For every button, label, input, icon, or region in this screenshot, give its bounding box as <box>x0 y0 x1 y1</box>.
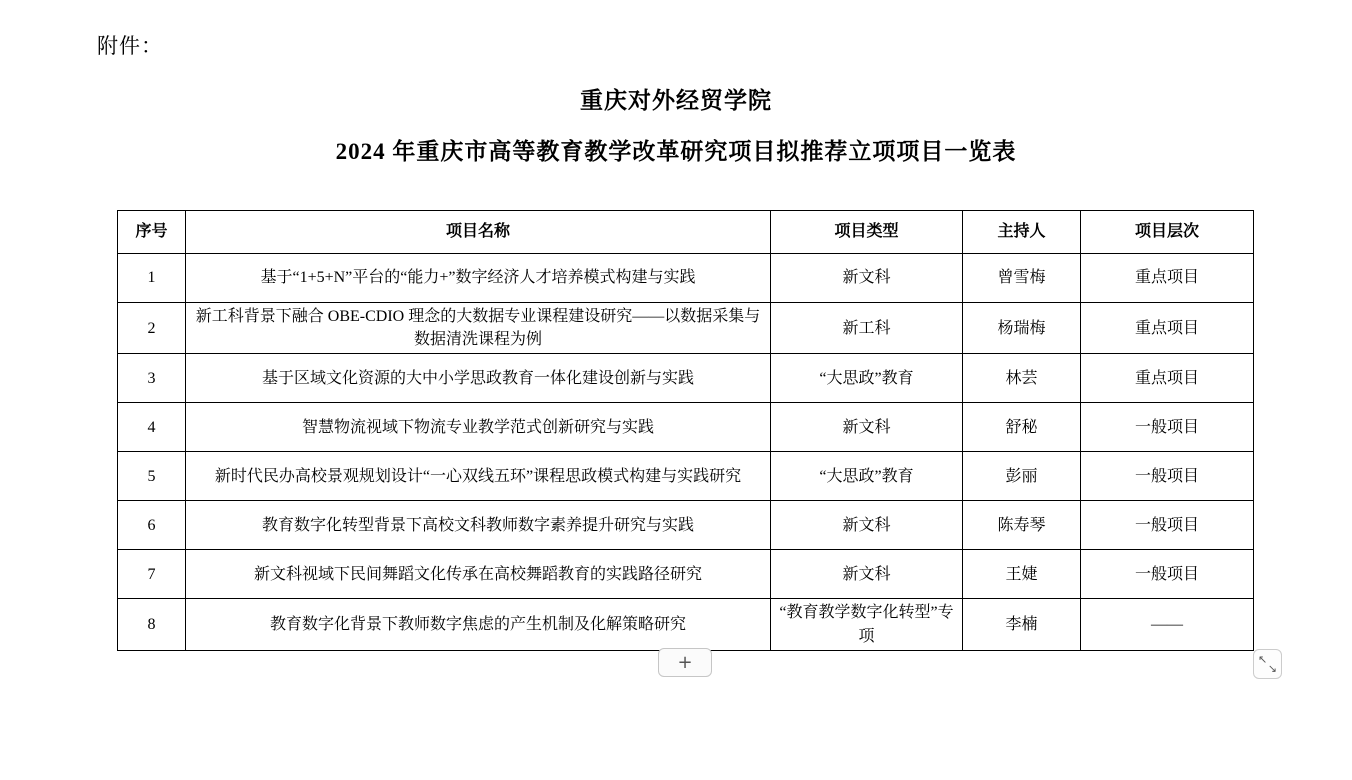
table-cell: 重点项目 <box>1081 354 1254 403</box>
table-cell: 新文科 <box>771 550 963 599</box>
table-cell: 新文科 <box>771 403 963 452</box>
column-header: 项目名称 <box>186 211 771 254</box>
table-cell: 6 <box>118 501 186 550</box>
table-cell: 基于“1+5+N”平台的“能力+”数字经济人才培养模式构建与实践 <box>186 254 771 303</box>
table-cell: 一般项目 <box>1081 403 1254 452</box>
table-row: 5新时代民办高校景观规划设计“一心双线五环”课程思政模式构建与实践研究“大思政”… <box>118 452 1254 501</box>
table-row: 3基于区域文化资源的大中小学思政教育一体化建设创新与实践“大思政”教育林芸重点项… <box>118 354 1254 403</box>
document-title-main: 2024 年重庆市高等教育教学改革研究项目拟推荐立项项目一览表 <box>0 133 1352 166</box>
table-cell: 新文科 <box>771 501 963 550</box>
table-cell: 教育数字化背景下教师数字焦虑的产生机制及化解策略研究 <box>186 599 771 650</box>
table-cell: 彭丽 <box>963 452 1081 501</box>
expand-button[interactable]: ↖ ↘ <box>1253 649 1282 679</box>
table-cell: —— <box>1081 599 1254 650</box>
table-row: 1基于“1+5+N”平台的“能力+”数字经济人才培养模式构建与实践新文科曾雪梅重… <box>118 254 1254 303</box>
table-cell: 1 <box>118 254 186 303</box>
table-cell: 一般项目 <box>1081 501 1254 550</box>
table-cell: 8 <box>118 599 186 650</box>
table-row: 6教育数字化转型背景下高校文科教师数字素养提升研究与实践新文科陈寿琴一般项目 <box>118 501 1254 550</box>
table-cell: 一般项目 <box>1081 550 1254 599</box>
plus-icon: + <box>677 652 692 673</box>
table-cell: 基于区域文化资源的大中小学思政教育一体化建设创新与实践 <box>186 354 771 403</box>
table-cell: 4 <box>118 403 186 452</box>
table-row: 7新文科视域下民间舞蹈文化传承在高校舞蹈教育的实践路径研究新文科王婕一般项目 <box>118 550 1254 599</box>
table-cell: 曾雪梅 <box>963 254 1081 303</box>
table-cell: 3 <box>118 354 186 403</box>
table-cell: 教育数字化转型背景下高校文科教师数字素养提升研究与实践 <box>186 501 771 550</box>
table-cell: 5 <box>118 452 186 501</box>
table-cell: 舒秘 <box>963 403 1081 452</box>
attachment-label: 附件： <box>97 30 163 60</box>
table-row: 4智慧物流视域下物流专业教学范式创新研究与实践新文科舒秘一般项目 <box>118 403 1254 452</box>
table-cell: 杨瑞梅 <box>963 303 1081 354</box>
table-cell: 智慧物流视域下物流专业教学范式创新研究与实践 <box>186 403 771 452</box>
table-cell: 新工科背景下融合 OBE-CDIO 理念的大数据专业课程建设研究——以数据采集与… <box>186 303 771 354</box>
table-cell: “大思政”教育 <box>771 354 963 403</box>
table-cell: 新时代民办高校景观规划设计“一心双线五环”课程思政模式构建与实践研究 <box>186 452 771 501</box>
table-cell: 2 <box>118 303 186 354</box>
column-header: 项目类型 <box>771 211 963 254</box>
table-cell: 一般项目 <box>1081 452 1254 501</box>
table-cell: 新工科 <box>771 303 963 354</box>
projects-table: 序号项目名称项目类型主持人项目层次 1基于“1+5+N”平台的“能力+”数字经济… <box>117 210 1254 651</box>
expand-arrow-nw-icon: ↖ <box>1258 654 1267 665</box>
table-cell: 王婕 <box>963 550 1081 599</box>
table-body: 1基于“1+5+N”平台的“能力+”数字经济人才培养模式构建与实践新文科曾雪梅重… <box>118 254 1254 651</box>
table-cell: “大思政”教育 <box>771 452 963 501</box>
column-header: 主持人 <box>963 211 1081 254</box>
column-header: 项目层次 <box>1081 211 1254 254</box>
expand-arrow-se-icon: ↘ <box>1268 663 1277 674</box>
table-cell: 新文科视域下民间舞蹈文化传承在高校舞蹈教育的实践路径研究 <box>186 550 771 599</box>
table-row: 8教育数字化背景下教师数字焦虑的产生机制及化解策略研究“教育教学数字化转型”专项… <box>118 599 1254 650</box>
table-cell: 重点项目 <box>1081 303 1254 354</box>
table-header-row: 序号项目名称项目类型主持人项目层次 <box>118 211 1254 254</box>
column-header: 序号 <box>118 211 186 254</box>
document-title-institution: 重庆对外经贸学院 <box>0 82 1352 115</box>
table-cell: 7 <box>118 550 186 599</box>
table-cell: “教育教学数字化转型”专项 <box>771 599 963 650</box>
table-cell: 重点项目 <box>1081 254 1254 303</box>
add-button[interactable]: + <box>658 648 712 677</box>
table-cell: 陈寿琴 <box>963 501 1081 550</box>
table-cell: 新文科 <box>771 254 963 303</box>
table-row: 2新工科背景下融合 OBE-CDIO 理念的大数据专业课程建设研究——以数据采集… <box>118 303 1254 354</box>
table-cell: 李楠 <box>963 599 1081 650</box>
table-cell: 林芸 <box>963 354 1081 403</box>
